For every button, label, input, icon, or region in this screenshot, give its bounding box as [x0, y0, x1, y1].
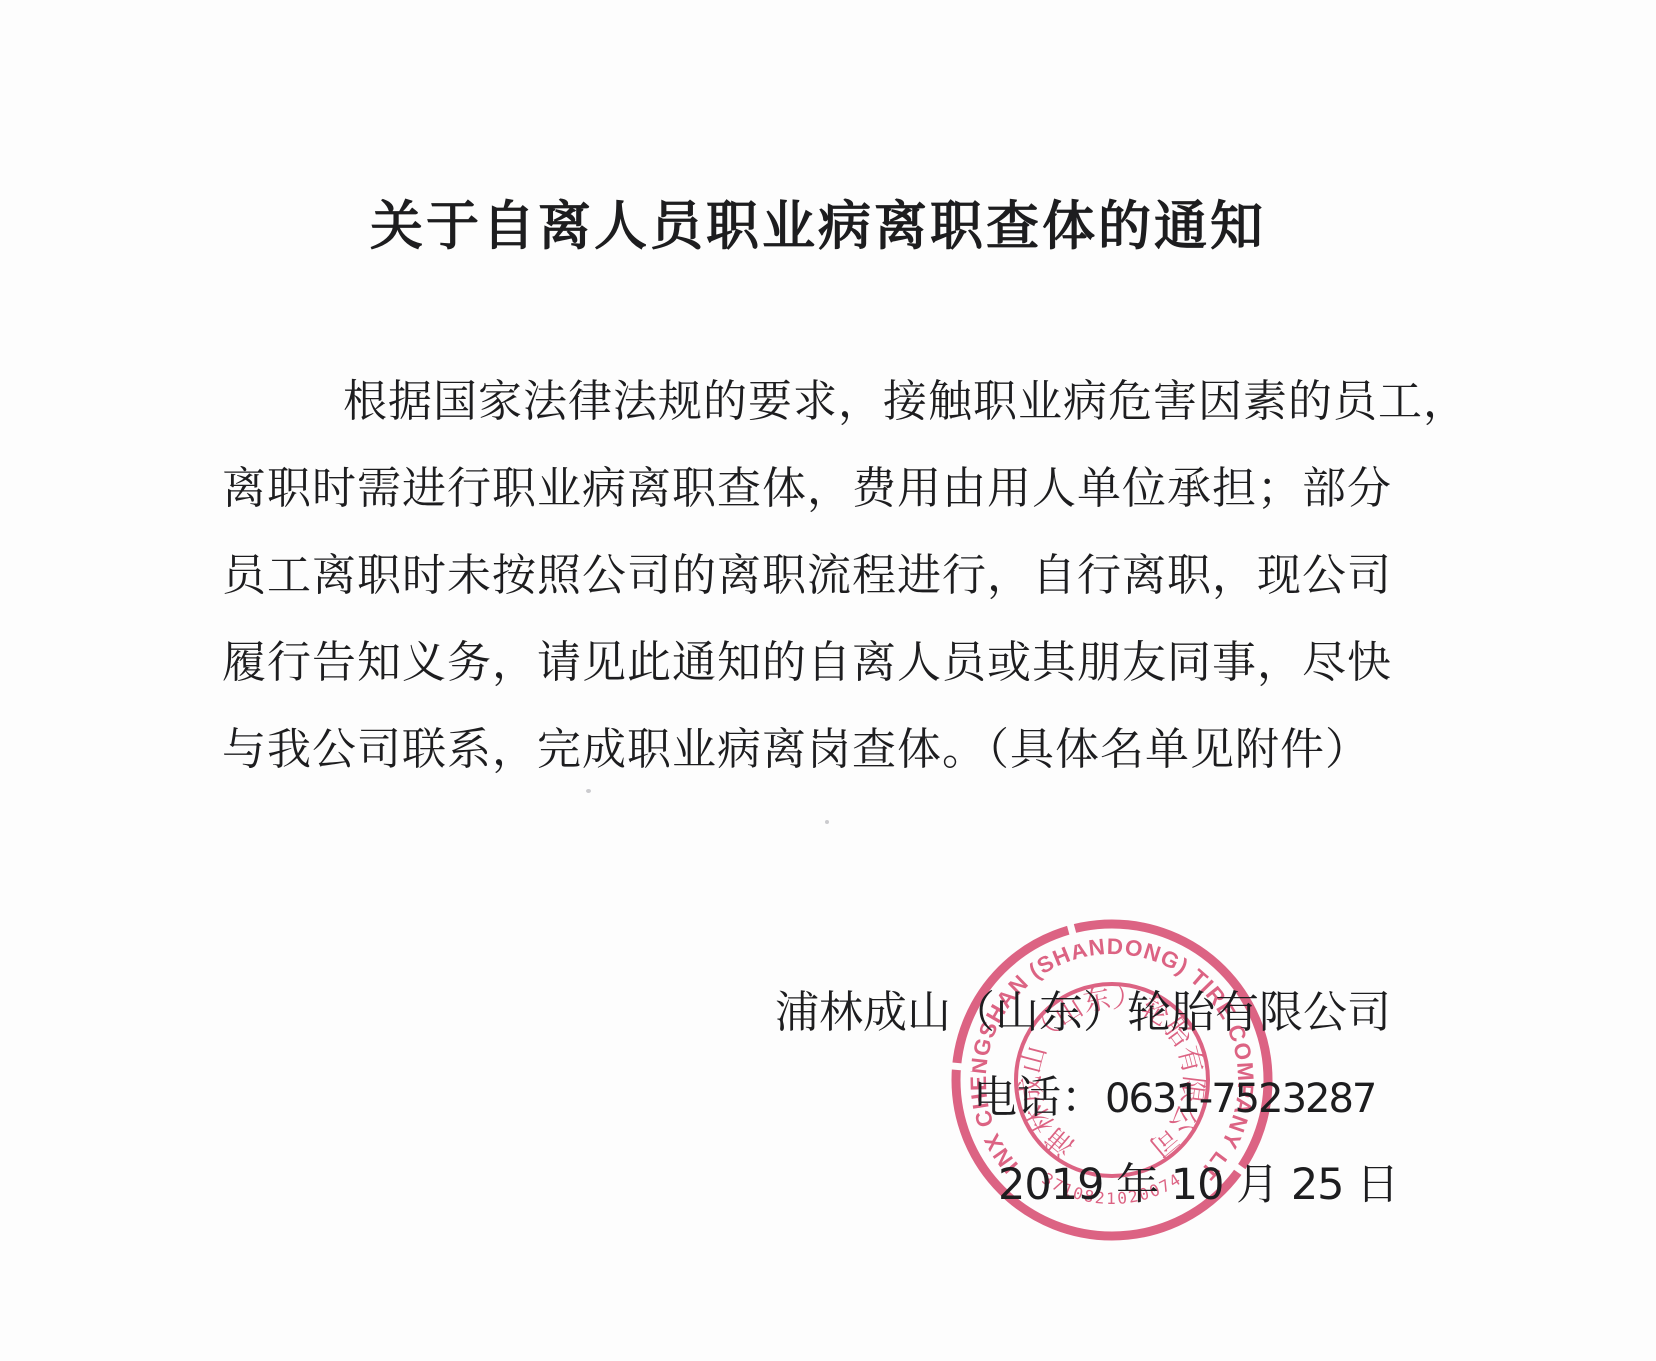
scan-speck	[586, 789, 591, 793]
scan-speck	[825, 820, 829, 824]
body-line: 履行告知义务，请见此通知的自离人员或其朋友同事，尽快	[222, 619, 1412, 706]
signature-phone-line: 电话：0631-7523287	[973, 1068, 1375, 1129]
phone-label: 电话：	[973, 1073, 1105, 1122]
phone-number: 0631-7523287	[1105, 1076, 1375, 1122]
seal-ring-text: PRINX CHENGSHAN (SHANDONG) TIRE COMPANY …	[942, 910, 1258, 1185]
date-text: 2019 年 10 月 25 日	[998, 1160, 1398, 1210]
signature-date-line: 2019 年 10 月 25 日	[998, 1155, 1398, 1216]
notice-title: 关于自离人员职业病离职查体的通知	[0, 192, 1636, 262]
scanned-notice-page: 关于自离人员职业病离职查体的通知 根据国家法律法规的要求，接触职业病危害因素的员…	[0, 0, 1656, 1361]
notice-body: 根据国家法律法规的要求，接触职业病危害因素的员工， 离职时需进行职业病离职查体，…	[222, 358, 1412, 793]
body-line: 员工离职时未按照公司的离职流程进行，自行离职，现公司	[222, 532, 1412, 619]
body-line: 根据国家法律法规的要求，接触职业病危害因素的员工，	[222, 358, 1412, 445]
body-line: 离职时需进行职业病离职查体，费用由用人单位承担；部分	[222, 445, 1412, 532]
signature-company-line: 浦林成山（山东）轮胎有限公司	[775, 983, 1391, 1043]
body-line: 与我公司联系，完成职业病离岗查体。（具体名单见附件）	[222, 706, 1412, 793]
seal-ink-breaks	[947, 920, 1248, 1175]
